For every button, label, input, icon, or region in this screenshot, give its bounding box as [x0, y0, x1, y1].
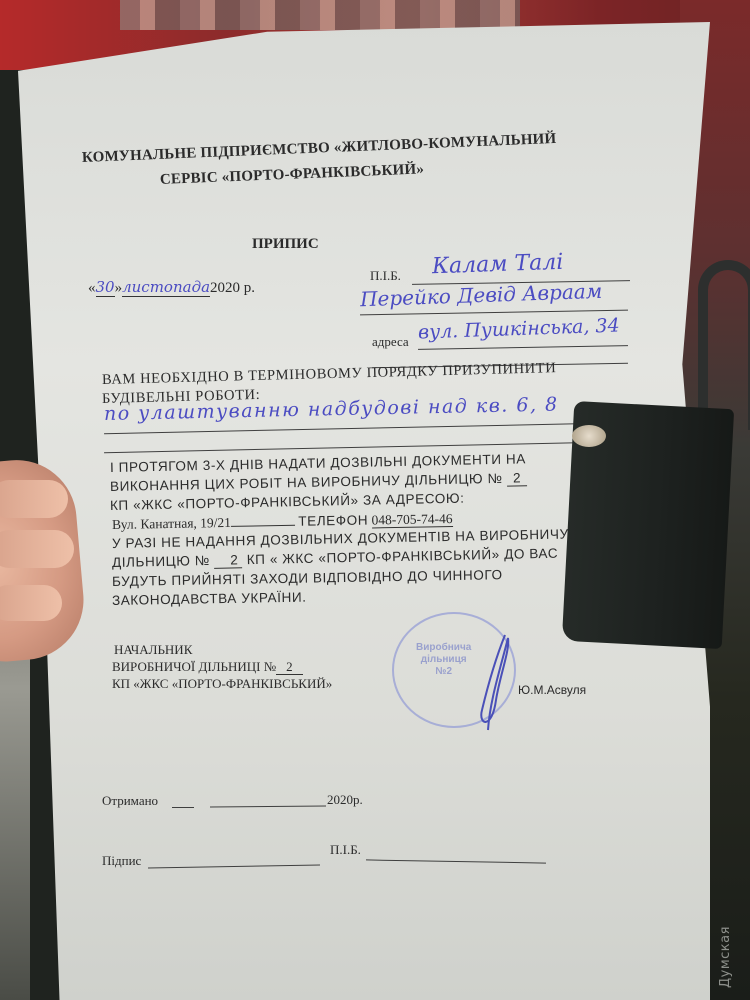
- stamp-text: Виробнича дільниця №2: [416, 642, 471, 678]
- receipt-pib-label: П.І.Б.: [330, 842, 361, 858]
- order-line1: ВАМ НЕОБХІДНО В ТЕРМІНОВОМУ ПОРЯДКУ ПРИЗ…: [102, 360, 557, 389]
- pib-label: П.І.Б.: [370, 268, 401, 284]
- section-number-2: 2: [214, 552, 242, 569]
- works-underline: [104, 423, 600, 434]
- receipt-pib-line: [366, 859, 546, 863]
- stamp-text-line1: Виробнича: [416, 642, 471, 654]
- section-number: 2: [507, 470, 527, 486]
- body-line8: ЗАКОНОДАВСТВА УКРАЇНИ.: [112, 590, 307, 608]
- recipient-address: вул. Пушкінська, 34: [418, 314, 620, 343]
- padlock-shackle: [698, 260, 750, 430]
- recipient-name-line1: Калам Талі: [432, 250, 564, 280]
- signature-label: Підпис: [102, 853, 141, 869]
- signatory-section-number: 2: [276, 659, 303, 675]
- date-day: 30: [96, 278, 115, 297]
- body-line3: КП «ЖКС «ПОРТО-ФРАНКІВСЬКИЙ» ЗА АДРЕСОЮ:: [110, 491, 465, 513]
- date-field: «30»листопада2020 р.: [88, 278, 255, 297]
- org-name-line1: КОМУНАЛЬНЕ ПІДПРИЄМСТВО «ЖИТЛОВО-КОМУНАЛ…: [82, 131, 557, 167]
- stamp-text-line3: №2: [416, 666, 471, 678]
- address-underline: [418, 345, 628, 350]
- received-month-line: [210, 805, 326, 807]
- name-underline-2: [360, 310, 628, 316]
- body-line7: БУДУТЬ ПРИЙНЯТІ ЗАХОДИ ВІДПОВІДНО ДО ЧИН…: [112, 567, 503, 589]
- date-month: листопада: [122, 278, 210, 297]
- office-address: Вул. Канатная, 19/21: [112, 515, 231, 532]
- door-pin: [572, 425, 606, 447]
- signatory-title: НАЧАЛЬНИК: [114, 642, 192, 658]
- signature-line: [148, 864, 320, 868]
- document-title: ПРИПИС: [252, 236, 319, 253]
- org-name-line2: СЕРВІС «ПОРТО-ФРАНКІВСЬКИЙ»: [160, 161, 425, 189]
- phone-label: ТЕЛЕФОН: [298, 513, 368, 529]
- date-quote-close: »: [115, 280, 123, 296]
- body-line2: ВИКОНАННЯ ЦИХ РОБІТ НА ВИРОБНИЧУ ДІЛЬНИЦ…: [110, 470, 527, 494]
- signatory-org: КП «ЖКС «ПОРТО-ФРАНКІВСЬКИЙ»: [112, 676, 332, 692]
- received-label: Отримано: [102, 793, 158, 809]
- received-year: 2020р.: [327, 792, 363, 808]
- signatory-section: ВИРОБНИЧОЇ ДІЛЬНИЦІ №2: [112, 659, 303, 675]
- phone-number: 048-705-74-46: [371, 511, 452, 528]
- body-line6-suffix: КП « ЖКС «ПОРТО-ФРАНКІВСЬКИЙ» ДО ВАС: [247, 546, 559, 568]
- date-quote-open: «: [88, 280, 96, 296]
- stamp-text-line2: дільниця: [416, 654, 471, 666]
- address-label: адреса: [372, 334, 409, 350]
- signatory-section-text: ВИРОБНИЧОЇ ДІЛЬНИЦІ №: [112, 659, 276, 674]
- date-year: 2020 р.: [210, 280, 255, 296]
- signature: [470, 630, 530, 740]
- body-line6-prefix: ДІЛЬНИЦЮ №: [112, 553, 210, 570]
- watermark: Думская: [718, 926, 733, 988]
- received-day-line: [172, 807, 194, 808]
